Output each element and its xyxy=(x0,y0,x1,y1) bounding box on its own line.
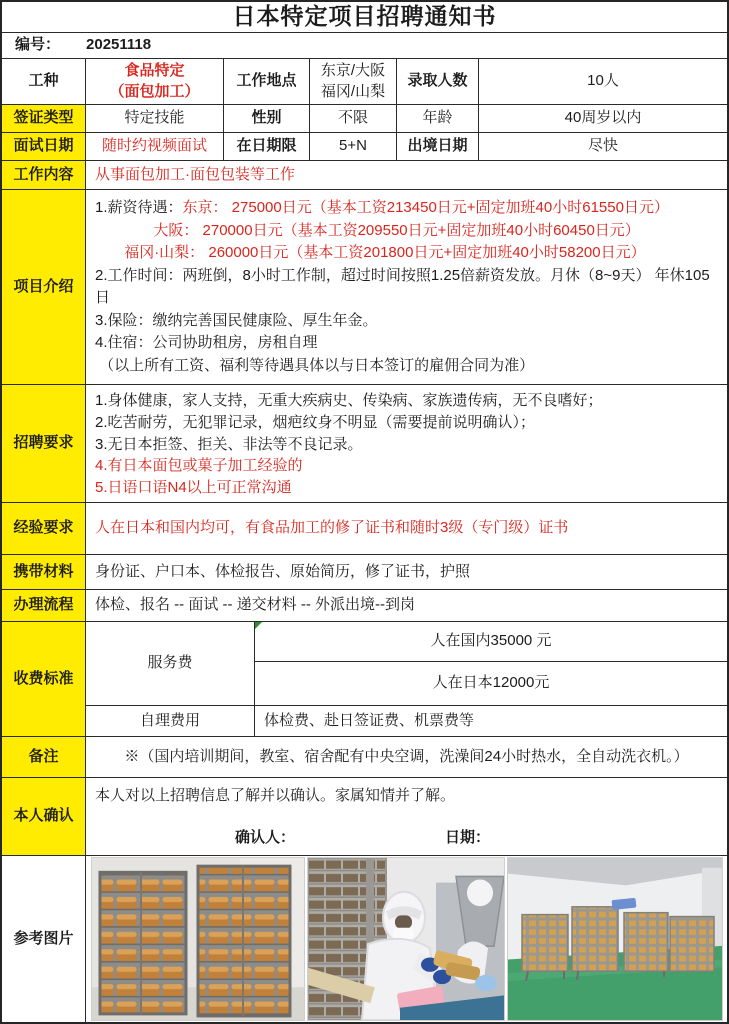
stay-period-label: 在日期限 xyxy=(224,133,310,161)
self-fee-label: 自理费用 xyxy=(86,706,255,736)
serial-value: 20251118 xyxy=(86,35,151,55)
job-type-value: 食品特定 （面包加工） xyxy=(86,59,224,105)
service-fee-domestic-text: 人在国内35000 元 xyxy=(431,631,552,651)
project-intro-label: 项目介绍 xyxy=(2,190,86,385)
service-fee-domestic: 人在国内35000 元 xyxy=(255,622,727,662)
experience-require-value: 人在日本和国内均可，有食品加工的修了证书和随时3级（专门级）证书 xyxy=(86,503,727,555)
recruitment-notice-document: 日本特定项目招聘通知书 编号： 20251118 工种 食品特定 （面包加工） … xyxy=(0,0,729,1024)
photo-bread-racks xyxy=(92,858,304,1020)
hire-count-label: 录取人数 xyxy=(397,59,479,105)
interview-date-value: 随时约视频面试 xyxy=(86,133,224,161)
photo-worker-packaging xyxy=(308,858,504,1020)
serial-row: 编号： 20251118 xyxy=(2,33,727,59)
project-intro-content: 1.薪资待遇：东京： 275000日元（基本工资213450日元+固定加班40小… xyxy=(86,190,727,385)
gender-value: 不限 xyxy=(310,105,397,133)
interview-date-label: 面试日期 xyxy=(2,133,86,161)
serial-label: 编号： xyxy=(15,35,60,55)
process-label: 办理流程 xyxy=(2,590,86,622)
hire-count-value: 10人 xyxy=(479,59,727,105)
departure-date-label: 出境日期 xyxy=(397,133,479,161)
note-value: ※（国内培训期间，教室、宿舍配有中央空调，洗澡间24小时热水，全自动洗衣机。） xyxy=(86,737,727,778)
service-fee-japan: 人在日本12000元 xyxy=(255,662,727,706)
self-fee-value: 体检费、赴日签证费、机票费等 xyxy=(255,706,727,736)
confirm-statement: 本人对以上招聘信息了解并以确认。家属知情并了解。 xyxy=(95,786,727,806)
job-type-label: 工种 xyxy=(2,59,86,105)
note-label: 备注 xyxy=(2,737,86,778)
photo-storage-room xyxy=(508,858,722,1020)
work-content-value: 从事面包加工·面包包装等工作 xyxy=(86,161,727,190)
page-title: 日本特定项目招聘通知书 xyxy=(2,2,727,33)
experience-require-label: 经验要求 xyxy=(2,503,86,555)
date-label: 日期： xyxy=(445,828,490,848)
confirm-label: 本人确认 xyxy=(2,778,86,856)
visa-type-value: 特定技能 xyxy=(86,105,224,133)
confirm-content: 本人对以上招聘信息了解并以确认。家属知情并了解。 确认人： 日期： xyxy=(86,778,727,856)
visa-type-label: 签证类型 xyxy=(2,105,86,133)
service-fee-label: 服务费 xyxy=(86,622,255,706)
process-value: 体检、报名 -- 面试 -- 递交材料 -- 外派出境--到岗 xyxy=(86,590,727,622)
confirmer-label: 确认人： xyxy=(235,828,295,848)
age-label: 年龄 xyxy=(397,105,479,133)
age-value: 40周岁以内 xyxy=(479,105,727,133)
materials-value: 身份证、户口本、体检报告、原始简历，修了证书，护照 xyxy=(86,555,727,590)
recruit-require-content: 1.身体健康，家人支持，无重大疾病史、传染病、家族遗传病，无不良嗜好；2.吃苦耐… xyxy=(86,385,727,503)
work-location-label: 工作地点 xyxy=(224,59,310,105)
comment-marker-icon xyxy=(255,622,262,629)
materials-label: 携带材料 xyxy=(2,555,86,590)
recruit-require-label: 招聘要求 xyxy=(2,385,86,503)
fees-label: 收费标准 xyxy=(2,622,86,737)
photos-strip xyxy=(86,856,727,1022)
work-content-label: 工作内容 xyxy=(2,161,86,190)
departure-date-value: 尽快 xyxy=(479,133,727,161)
stay-period-value: 5+N xyxy=(310,133,397,161)
gender-label: 性别 xyxy=(224,105,310,133)
photos-label: 参考图片 xyxy=(2,856,86,1022)
fees-block: 服务费 人在国内35000 元 人在日本12000元 自理费用 体检费、赴日签证… xyxy=(86,622,727,737)
work-location-value: 东京/大阪 福冈/山梨 xyxy=(310,59,397,105)
